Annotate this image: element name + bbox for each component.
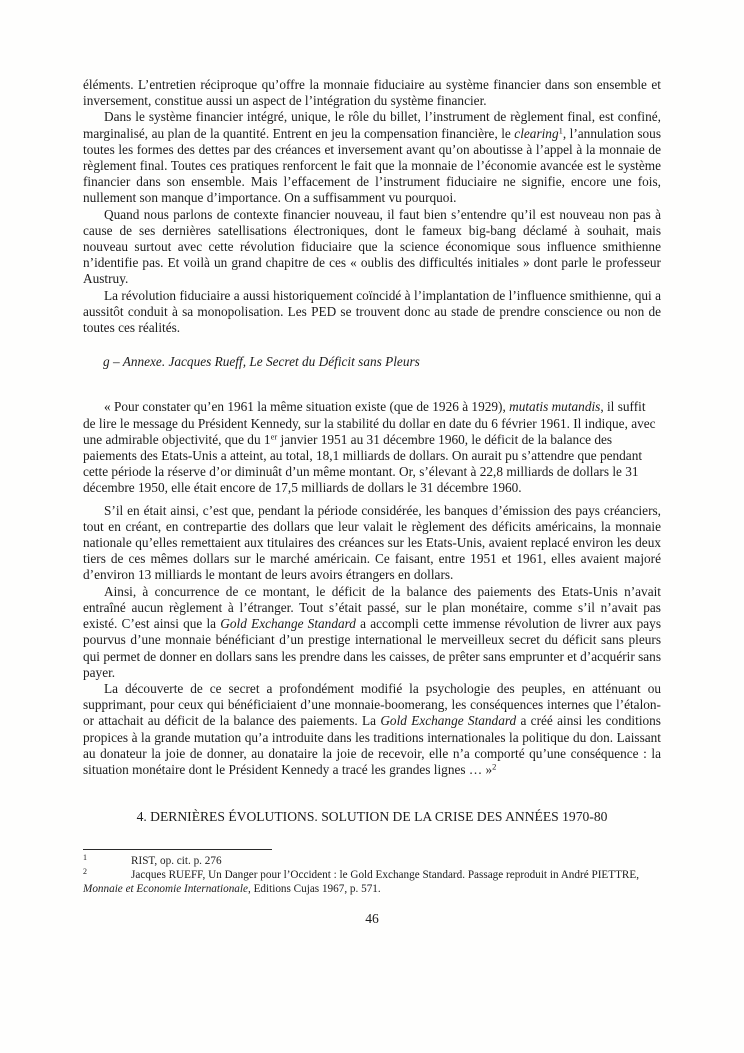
text-segment: Jacques RUEFF, Un Danger pour l’Occident… — [131, 869, 639, 881]
text-segment: S’il en était ainsi, c’est que, pendant … — [83, 503, 661, 583]
section-heading: 4. DERNIÈRES ÉVOLUTIONS. SOLUTION DE LA … — [83, 809, 661, 825]
text-segment: 4. DERNIÈRES ÉVOLUTIONS. SOLUTION DE LA … — [137, 809, 608, 824]
text-segment: Quand nous parlons de contexte financier… — [83, 207, 661, 287]
text-segment: 46 — [365, 911, 379, 926]
text-segment: RIST, op. cit. p. 276 — [131, 855, 222, 867]
footnote-ref-2: 2 — [492, 761, 496, 771]
page-number: 46 — [83, 911, 661, 927]
text-segment: éléments. L’entretien réciproque qu’offr… — [83, 77, 661, 108]
quote-paragraph-3: Ainsi, à concurrence de ce montant, le d… — [83, 584, 661, 681]
paragraph-systeme-financier: Dans le système financier intégré, uniqu… — [83, 109, 661, 206]
text-segment: La révolution fiduciaire a aussi histori… — [83, 288, 661, 335]
italic-term-mutatis-mutandis: mutatis mutandis — [509, 399, 600, 414]
text-segment: « Pour constater qu’en 1961 la même situ… — [104, 399, 509, 414]
paragraph-contexte-financier: Quand nous parlons de contexte financier… — [83, 207, 661, 288]
footnote-separator-rule — [83, 849, 272, 850]
footnote-2: 2Jacques RUEFF, Un Danger pour l’Occiden… — [83, 869, 661, 896]
footnote-marker-2: 2 — [83, 867, 87, 876]
italic-term-gold-exchange-standard: Gold Exchange Standard — [380, 713, 516, 728]
footnote-marker-1: 1 — [83, 853, 87, 862]
footnote-1: 1RIST, op. cit. p. 276 — [83, 855, 661, 869]
text-segment: g – Annexe. Jacques Rueff, Le Secret du … — [103, 354, 420, 369]
italic-term-clearing: clearing — [514, 126, 558, 141]
italic-term-gold-exchange-standard: Gold Exchange Standard — [220, 616, 356, 631]
quote-paragraph-4: La découverte de ce secret a profondémen… — [83, 681, 661, 778]
quote-paragraph-1: « Pour constater qu’en 1961 la même situ… — [83, 399, 661, 496]
paragraph-revolution-fiduciaire: La révolution fiduciaire a aussi histori… — [83, 288, 661, 337]
annexe-heading: g – Annexe. Jacques Rueff, Le Secret du … — [83, 354, 661, 370]
footnotes-block: 1RIST, op. cit. p. 276 2Jacques RUEFF, U… — [83, 849, 661, 896]
italic-term-monnaie-economie: Monnaie et Economie Internationale — [83, 883, 248, 895]
quote-paragraph-2: S’il en était ainsi, c’est que, pendant … — [83, 503, 661, 584]
text-segment: , Editions Cujas 1967, p. 571. — [248, 883, 381, 895]
document-page: éléments. L’entretien réciproque qu’offr… — [0, 0, 744, 1053]
paragraph-continuation: éléments. L’entretien réciproque qu’offr… — [83, 77, 661, 109]
